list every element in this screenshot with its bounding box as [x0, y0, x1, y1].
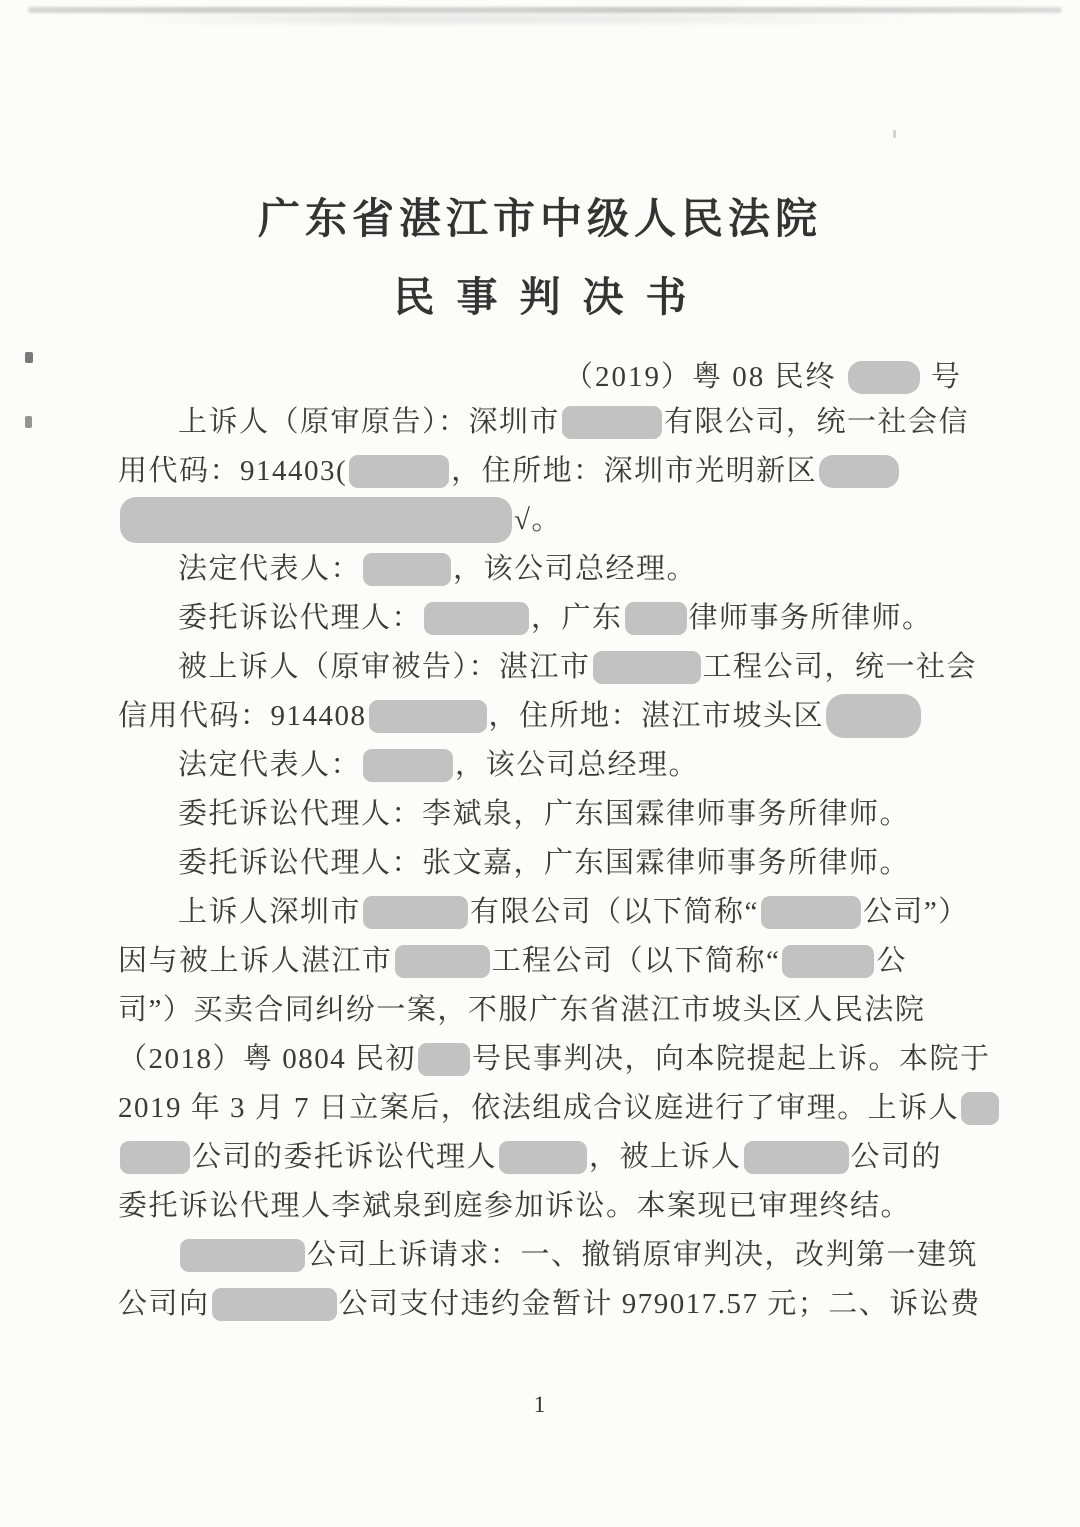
scan-speck	[25, 416, 32, 428]
scan-edge-artifact	[28, 7, 1062, 13]
scanned-judgment-page: 广东省湛江市中级人民法院 民事判决书 （2019）粤 08 民终 号 上诉人（原…	[0, 0, 1080, 1527]
document-line: 信用代码：914408，住所地：湛江市坡头区	[118, 692, 970, 741]
redaction-box	[961, 1092, 999, 1125]
text-segment: √。	[514, 504, 562, 536]
scan-speck	[893, 130, 896, 138]
document-line: 委托诉讼代理人李斌泉到庭参加诉讼。本案现已审理终结。	[118, 1182, 970, 1231]
redaction-box	[819, 455, 899, 488]
text-segment: （2018）粤 0804 民初	[118, 1043, 416, 1075]
redaction-box	[120, 497, 512, 543]
text-segment: 上诉人（原审原告）：深圳市	[178, 406, 560, 438]
text-segment: 因与被上诉人湛江市	[118, 945, 393, 977]
text-segment: 工程公司，统一社会	[703, 651, 978, 683]
document-line: 委托诉讼代理人：，广东律师事务所律师。	[118, 594, 970, 643]
document-line: 委托诉讼代理人：李斌泉，广东国霖律师事务所律师。	[118, 790, 970, 839]
text-segment: 法定代表人：	[178, 749, 361, 781]
case-number-suffix: 号	[931, 361, 962, 393]
text-segment: ，被上诉人	[589, 1141, 742, 1173]
text-segment: 公司”）	[863, 896, 969, 928]
text-segment: ，广东	[531, 602, 623, 634]
redaction-box	[625, 602, 687, 635]
redaction-box	[761, 896, 861, 929]
text-segment: 公	[876, 945, 907, 977]
redaction-box	[363, 749, 453, 782]
text-segment: 2019 年 3 月 7 日立案后，依法组成合议庭进行了审理。上诉人	[118, 1092, 959, 1124]
redaction-box	[395, 945, 490, 978]
text-segment: ，该公司总经理。	[455, 749, 699, 781]
text-segment: ，住所地：深圳市光明新区	[451, 455, 817, 487]
text-segment: 有限公司，统一社会信	[664, 406, 969, 438]
redaction-box	[363, 896, 468, 929]
text-segment: 公司的委托诉讼代理人	[192, 1141, 497, 1173]
text-segment: 法定代表人：	[178, 553, 361, 585]
text-segment: 委托诉讼代理人：李斌泉，广东国霖律师事务所律师。	[178, 798, 910, 830]
text-segment: ，该公司总经理。	[453, 553, 697, 585]
text-segment: 号民事判决，向本院提起上诉。本院于	[472, 1043, 991, 1075]
document-line: 公司上诉请求：一、撤销原审判决，改判第一建筑	[118, 1231, 970, 1280]
scan-speck	[25, 352, 33, 363]
redaction-box	[418, 1043, 470, 1076]
text-segment: ，住所地：湛江市坡头区	[489, 700, 825, 732]
document-title: 民事判决书	[0, 264, 1080, 323]
redaction-box	[562, 406, 662, 439]
redaction-box	[826, 694, 921, 738]
document-body: 上诉人（原审原告）：深圳市有限公司，统一社会信用代码：914403(，住所地：深…	[118, 398, 970, 1329]
text-segment: 律师事务所律师。	[689, 602, 933, 634]
text-segment: 工程公司（以下简称“	[492, 945, 781, 977]
scan-edge-artifact	[120, 14, 1020, 24]
text-segment: 委托诉讼代理人：	[178, 602, 422, 634]
document-line: 因与被上诉人湛江市工程公司（以下简称“公	[118, 937, 970, 986]
page-number: 1	[0, 1392, 1080, 1418]
case-number-line: （2019）粤 08 民终 号	[564, 354, 962, 396]
redaction-box	[180, 1239, 305, 1272]
redaction-box	[848, 361, 920, 394]
document-line: 公司向公司支付违约金暂计 979017.57 元；二、诉讼费	[118, 1280, 970, 1329]
document-line: 公司的委托诉讼代理人，被上诉人公司的	[118, 1133, 970, 1182]
redaction-box	[212, 1288, 337, 1321]
redaction-box	[363, 553, 451, 586]
text-segment: 司”）买卖合同纠纷一案，不服广东省湛江市坡头区人民法院	[118, 994, 925, 1026]
redaction-box	[424, 602, 529, 635]
document-line: 上诉人深圳市有限公司（以下简称“公司”）	[118, 888, 970, 937]
document-line: 法定代表人：，该公司总经理。	[118, 545, 970, 594]
text-segment: 公司上诉请求：一、撤销原审判决，改判第一建筑	[307, 1239, 978, 1271]
text-segment: 信用代码：914408	[118, 700, 367, 732]
redaction-box	[120, 1141, 190, 1174]
document-line: 用代码：914403(，住所地：深圳市光明新区	[118, 447, 970, 496]
redaction-box	[782, 945, 874, 978]
text-segment: 有限公司（以下简称“	[470, 896, 759, 928]
text-segment: 用代码：914403(	[118, 455, 347, 487]
text-segment: 公司支付违约金暂计 979017.57 元；二、诉讼费	[339, 1288, 981, 1320]
redaction-box	[593, 651, 701, 684]
text-segment: 被上诉人（原审被告）：湛江市	[178, 651, 591, 683]
document-line: 上诉人（原审原告）：深圳市有限公司，统一社会信	[118, 398, 970, 447]
text-segment: 公司的	[851, 1141, 943, 1173]
document-line: 法定代表人：，该公司总经理。	[118, 741, 970, 790]
document-line: 委托诉讼代理人：张文嘉，广东国霖律师事务所律师。	[118, 839, 970, 888]
document-line: √。	[118, 496, 970, 545]
case-number-prefix: （2019）粤 08 民终	[564, 361, 837, 393]
redaction-box	[349, 455, 449, 488]
text-segment: 公司向	[118, 1288, 210, 1320]
text-segment: 委托诉讼代理人李斌泉到庭参加诉讼。本案现已审理终结。	[118, 1190, 911, 1222]
document-line: 司”）买卖合同纠纷一案，不服广东省湛江市坡头区人民法院	[118, 986, 970, 1035]
text-segment: 委托诉讼代理人：张文嘉，广东国霖律师事务所律师。	[178, 847, 910, 879]
document-line: （2018）粤 0804 民初号民事判决，向本院提起上诉。本院于	[118, 1035, 970, 1084]
document-line: 2019 年 3 月 7 日立案后，依法组成合议庭进行了审理。上诉人	[118, 1084, 970, 1133]
redaction-box	[369, 700, 487, 733]
court-name: 广东省湛江市中级人民法院	[0, 186, 1080, 246]
redaction-box	[499, 1141, 587, 1174]
text-segment: 上诉人深圳市	[178, 896, 361, 928]
document-line: 被上诉人（原审被告）：湛江市工程公司，统一社会	[118, 643, 970, 692]
redaction-box	[744, 1141, 849, 1174]
